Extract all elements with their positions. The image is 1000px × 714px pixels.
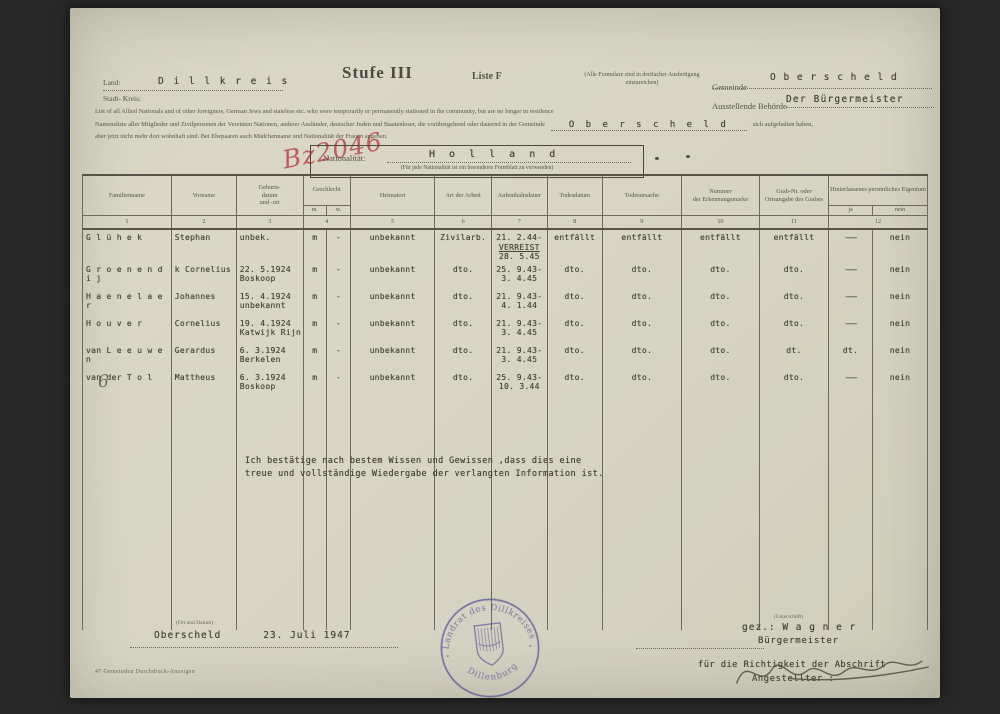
- table-cell: 21. 9.43-4. 1.44: [491, 289, 547, 316]
- col-number: 1: [83, 216, 172, 230]
- empty-cell: [236, 397, 303, 630]
- col-eigentum-nein: nein: [873, 205, 928, 216]
- col-w: w.: [327, 205, 351, 216]
- table-cell: entfällt: [547, 229, 602, 262]
- table-cell: m: [303, 262, 327, 289]
- table-cell: H a e n e l a e r: [83, 289, 172, 316]
- table-cell: dto.: [602, 370, 681, 397]
- table-cell: nein: [873, 370, 928, 397]
- stamp-star-right: •: [528, 641, 532, 650]
- col-eigentum: Hinterlassenes persönliches Eigentum: [829, 175, 928, 205]
- persons-table: Familienname Vorname Geburts- datum und …: [82, 174, 928, 630]
- handwritten-signature: [727, 637, 939, 696]
- intro-english: List of all Allied Nationals and of othe…: [95, 108, 937, 115]
- table-cell: nein: [873, 316, 928, 343]
- empty-cell: [547, 397, 602, 630]
- col-familienname: Familienname: [83, 175, 172, 216]
- table-cell: ———: [829, 370, 873, 397]
- table-cell: Johannes: [171, 289, 236, 316]
- table-cell: dto.: [682, 262, 760, 289]
- table-cell: m: [303, 229, 327, 262]
- col-todesdatum: Todesdatum: [547, 175, 602, 216]
- table-cell: dt.: [759, 343, 828, 370]
- stamp-shield-icon: [474, 623, 505, 667]
- table-row: H a e n e l a e rJohannes15. 4.1924unbek…: [83, 289, 928, 316]
- table-cell: dto.: [547, 289, 602, 316]
- col-heimatort: Heimatort: [350, 175, 435, 216]
- empty-cell: [350, 397, 435, 630]
- table-cell: G r o e n e n d i j: [83, 262, 172, 289]
- col-m: m.: [303, 205, 327, 216]
- table-cell: dto.: [435, 370, 492, 397]
- stamp-star-left: •: [446, 651, 450, 660]
- table-cell: 6. 3.1924Boskoop: [236, 370, 303, 397]
- table-cell: ———: [829, 289, 873, 316]
- intro-place-value: O b e r s c h e l d: [551, 120, 747, 131]
- table-cell: -: [327, 289, 351, 316]
- table-cell: 25. 9.43-3. 4.45: [491, 262, 547, 289]
- behoerde-value: Der Bürgermeister: [786, 94, 904, 105]
- table-row: G l ü h e kStephanunbek.m-unbekanntZivil…: [83, 229, 928, 262]
- nationality-value: H o l l a n d: [429, 149, 559, 160]
- statement-line2: treue und vollständige Wiedergabe der ve…: [245, 468, 604, 481]
- header-row: Familienname Vorname Geburts- datum und …: [83, 175, 928, 205]
- table-cell: unbekannt: [350, 343, 435, 370]
- table-cell: Stephan: [171, 229, 236, 262]
- table-cell: nein: [873, 262, 928, 289]
- table-cell: dto.: [547, 370, 602, 397]
- table-cell: unbek.: [236, 229, 303, 262]
- table-cell: entfällt: [759, 229, 828, 262]
- nationality-label: Nationalität:: [323, 153, 366, 163]
- table-cell: G l ü h e k: [83, 229, 172, 262]
- table-cell: ———: [829, 262, 873, 289]
- printer-imprint: 47 Gemeinden Durchdruck-Anzeigen: [95, 669, 195, 675]
- col-vorname: Vorname: [171, 175, 236, 216]
- table-cell: 19. 4.1924Katwijk Rijn: [236, 316, 303, 343]
- table-cell: 22. 5.1924Boskoop: [236, 262, 303, 289]
- col-number: 12: [829, 216, 928, 230]
- land-underline: [103, 90, 283, 91]
- table-cell: Zivilarb.: [435, 229, 492, 262]
- table-body: G l ü h e kStephanunbek.m-unbekanntZivil…: [83, 229, 928, 630]
- table-cell: unbekannt: [350, 229, 435, 262]
- table-cell: entfällt: [602, 229, 681, 262]
- table-cell: m: [303, 343, 327, 370]
- table-cell: nein: [873, 343, 928, 370]
- intro-german-text: Namensliste aller Mitglieder und Zivilpe…: [95, 121, 545, 128]
- table-cell: 6. 3.1924Berkelen: [236, 343, 303, 370]
- table-cell: dto.: [435, 316, 492, 343]
- col-number: 5: [350, 216, 435, 230]
- col-eigentum-ja: ja: [829, 205, 873, 216]
- table-cell: 21. 9.43-3. 4.45: [491, 343, 547, 370]
- nationality-note: (Für jede Nationalität ist ein besondere…: [319, 165, 635, 171]
- nationality-underline: [387, 162, 631, 163]
- table-cell: nein: [873, 289, 928, 316]
- copies-note: (Alle Formulare sind in dreifacher Ausfe…: [582, 72, 702, 87]
- document-page: Land: D i l l k r e i s Stadt- Kreis: St…: [70, 8, 940, 698]
- col-number: 8: [547, 216, 602, 230]
- empty-cell: [602, 397, 681, 630]
- col-geschlecht: Geschlecht: [303, 175, 350, 205]
- table-row: H o u v e rCornelius19. 4.1924Katwijk Ri…: [83, 316, 928, 343]
- table-cell: 21. 9.43-3. 4.45: [491, 316, 547, 343]
- col-number: 4: [303, 216, 350, 230]
- col-todesursache: Todesursache: [602, 175, 681, 216]
- table-cell: ———: [829, 229, 873, 262]
- table-cell: nein: [873, 229, 928, 262]
- col-number: 9: [602, 216, 681, 230]
- unterschrift-label: (Unterschrift): [774, 614, 803, 620]
- stadtkreis-label: Stadt- Kreis:: [103, 94, 141, 103]
- col-number: 2: [171, 216, 236, 230]
- table-cell: -: [327, 262, 351, 289]
- table-cell: -: [327, 229, 351, 262]
- table-cell: unbekannt: [350, 262, 435, 289]
- col-number: 10: [682, 216, 760, 230]
- table-cell: dto.: [759, 370, 828, 397]
- table: Familienname Vorname Geburts- datum und …: [82, 174, 928, 630]
- intro-german-tail: sich aufgehalten haben,: [753, 121, 813, 128]
- table-cell: dto.: [682, 316, 760, 343]
- col-geburt: Geburts- datum und -ort: [236, 175, 303, 216]
- table-cell: dto.: [435, 343, 492, 370]
- land-label: Land:: [103, 78, 121, 87]
- gemeinde-underline: [712, 88, 932, 89]
- table-cell: dto.: [759, 289, 828, 316]
- statement-line1: Ich bestätige nach bestem Wissen und Gew…: [245, 455, 604, 468]
- signature-gez: gez.: W a g n e r: [742, 622, 856, 633]
- empty-cell: [873, 397, 928, 630]
- form-title: Stufe III: [342, 63, 413, 83]
- table-cell: dto.: [435, 289, 492, 316]
- table-cell: dto.: [547, 316, 602, 343]
- table-row: G r o e n e n d i jk Cornelius22. 5.1924…: [83, 262, 928, 289]
- col-number: 11: [759, 216, 828, 230]
- table-cell: Cornelius: [171, 316, 236, 343]
- col-grab: Grab-Nr. oder Ortsangabe des Grabes: [759, 175, 828, 216]
- table-cell: m: [303, 370, 327, 397]
- table-cell: ———: [829, 316, 873, 343]
- ink-speck: [686, 155, 690, 158]
- table-cell: unbekannt: [350, 370, 435, 397]
- table-cell: dto.: [682, 343, 760, 370]
- table-row: van L e e u w e nGerardus6. 3.1924Berkel…: [83, 343, 928, 370]
- table-cell: m: [303, 289, 327, 316]
- datum-value: 23. Juli 1947: [263, 630, 350, 641]
- empty-cell: [759, 397, 828, 630]
- land-value: D i l l k r e i s: [158, 76, 289, 87]
- table-cell: dto.: [682, 289, 760, 316]
- col-aufenthaltsdauer: Aufenthaltsdauer: [491, 175, 547, 216]
- col-erkennungsmarke: Nummer der Erkennungsmarke: [682, 175, 760, 216]
- empty-cell: [303, 397, 327, 630]
- ort-datum-underline: [130, 647, 398, 648]
- empty-cell: [171, 397, 236, 630]
- table-cell: Gerardus: [171, 343, 236, 370]
- empty-cell: [327, 397, 351, 630]
- table-cell: m: [303, 316, 327, 343]
- table-cell: unbekannt: [350, 289, 435, 316]
- empty-cell: [682, 397, 760, 630]
- table-cell: dto.: [547, 262, 602, 289]
- intro-german-line: Namensliste aller Mitglieder und Zivilpe…: [95, 119, 937, 130]
- gemeinde-label: Gemeinde: [712, 82, 747, 92]
- column-number-row: 1 2 3 4 5 6 7 8 9 10 11 12: [83, 216, 928, 230]
- table-cell: dto.: [435, 262, 492, 289]
- col-number: 7: [491, 216, 547, 230]
- table-cell: dto.: [759, 316, 828, 343]
- table-cell: 21. 2.44-VERREIST28. 5.45: [491, 229, 547, 262]
- table-cell: -: [327, 316, 351, 343]
- table-cell: dt.: [829, 343, 873, 370]
- table-cell: dto.: [547, 343, 602, 370]
- empty-cell: [83, 397, 172, 630]
- table-row: van der T o lMattheus6. 3.1924Boskoopm-u…: [83, 370, 928, 397]
- stamp-bottom-text: Dillenburg: [464, 660, 522, 686]
- table-cell: H o u v e r: [83, 316, 172, 343]
- table-cell: Mattheus: [171, 370, 236, 397]
- table-cell: dto.: [602, 289, 681, 316]
- ort-value: Oberscheld: [154, 630, 221, 641]
- liste-title: Liste F: [472, 71, 502, 82]
- table-cell: dto.: [759, 262, 828, 289]
- col-art-der-arbeit: Art der Arbeit: [435, 175, 492, 216]
- col-number: 6: [435, 216, 492, 230]
- table-cell: van L e e u w e n: [83, 343, 172, 370]
- intro-german-line2: aber jetzt nicht mehr dort wohnhaft sind…: [95, 133, 937, 140]
- table-cell: unbekannt: [350, 316, 435, 343]
- table-cell: -: [327, 370, 351, 397]
- col-number: 3: [236, 216, 303, 230]
- ort-datum-value: Oberscheld23. Juli 1947: [154, 630, 351, 641]
- gemeinde-value: O b e r s c h e l d: [770, 72, 898, 83]
- table-cell: dto.: [602, 316, 681, 343]
- official-stamp: Landrat des Dillkreises Dillenburg • •: [430, 588, 550, 708]
- table-cell: -: [327, 343, 351, 370]
- certification-statement: Ich bestätige nach bestem Wissen und Gew…: [245, 455, 604, 481]
- table-cell: 15. 4.1924unbekannt: [236, 289, 303, 316]
- table-cell: dto.: [602, 343, 681, 370]
- table-cell: dto.: [602, 262, 681, 289]
- table-cell: dto.: [682, 370, 760, 397]
- table-cell: 25. 9.43-10. 3.44: [491, 370, 547, 397]
- table-cell: k Cornelius: [171, 262, 236, 289]
- ink-speck: [655, 157, 659, 160]
- table-cell: van der T o l: [83, 370, 172, 397]
- empty-cell: [829, 397, 873, 630]
- table-cell: entfällt: [682, 229, 760, 262]
